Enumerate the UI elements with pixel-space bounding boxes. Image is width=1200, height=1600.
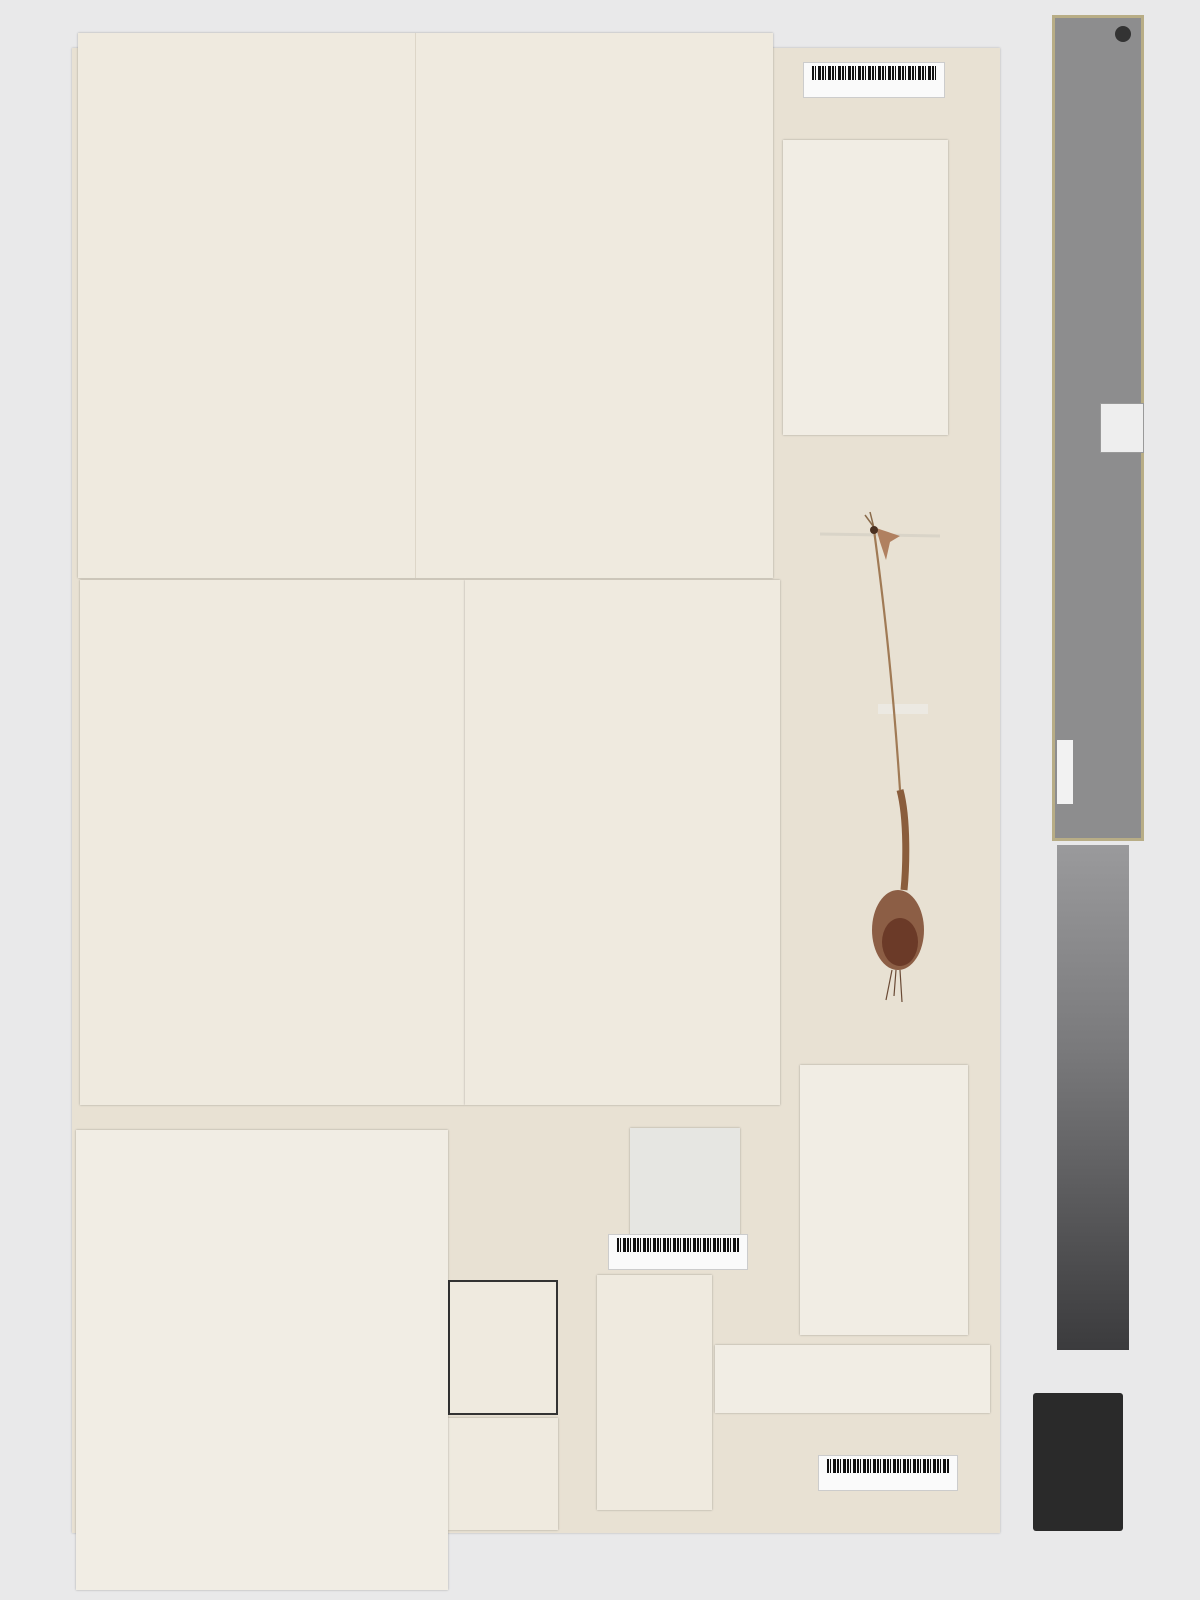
barcode-label-1 bbox=[803, 62, 945, 98]
hole-icon bbox=[1115, 26, 1131, 42]
note-below-printed bbox=[448, 1418, 558, 1530]
label-top-right bbox=[783, 140, 948, 435]
label-fibrae bbox=[715, 1345, 990, 1413]
kew-scale-bar bbox=[1057, 845, 1129, 1350]
label-decand bbox=[800, 1065, 968, 1335]
note-middle-left bbox=[80, 580, 465, 1105]
label-printed bbox=[448, 1280, 558, 1415]
target-card bbox=[1100, 403, 1144, 453]
color-reference-bar bbox=[1052, 15, 1144, 841]
barcode-label-3 bbox=[818, 1455, 958, 1491]
mini-color-checker bbox=[1033, 1393, 1123, 1531]
note-line bbox=[140, 85, 773, 107]
fold-line bbox=[415, 33, 416, 578]
label-fleurit bbox=[597, 1275, 712, 1510]
note-bottom-left bbox=[76, 1130, 448, 1590]
label-small-slip bbox=[630, 1128, 740, 1238]
barcode-label-2 bbox=[608, 1234, 748, 1270]
note-line bbox=[140, 63, 773, 85]
note-top-left bbox=[78, 33, 773, 578]
id-label bbox=[1057, 740, 1073, 804]
note-middle-right bbox=[465, 580, 780, 1105]
plant-specimen bbox=[820, 490, 980, 1030]
barcode-bars bbox=[617, 1238, 739, 1252]
barcode-bars bbox=[827, 1459, 949, 1473]
barcode-bars bbox=[812, 66, 936, 80]
